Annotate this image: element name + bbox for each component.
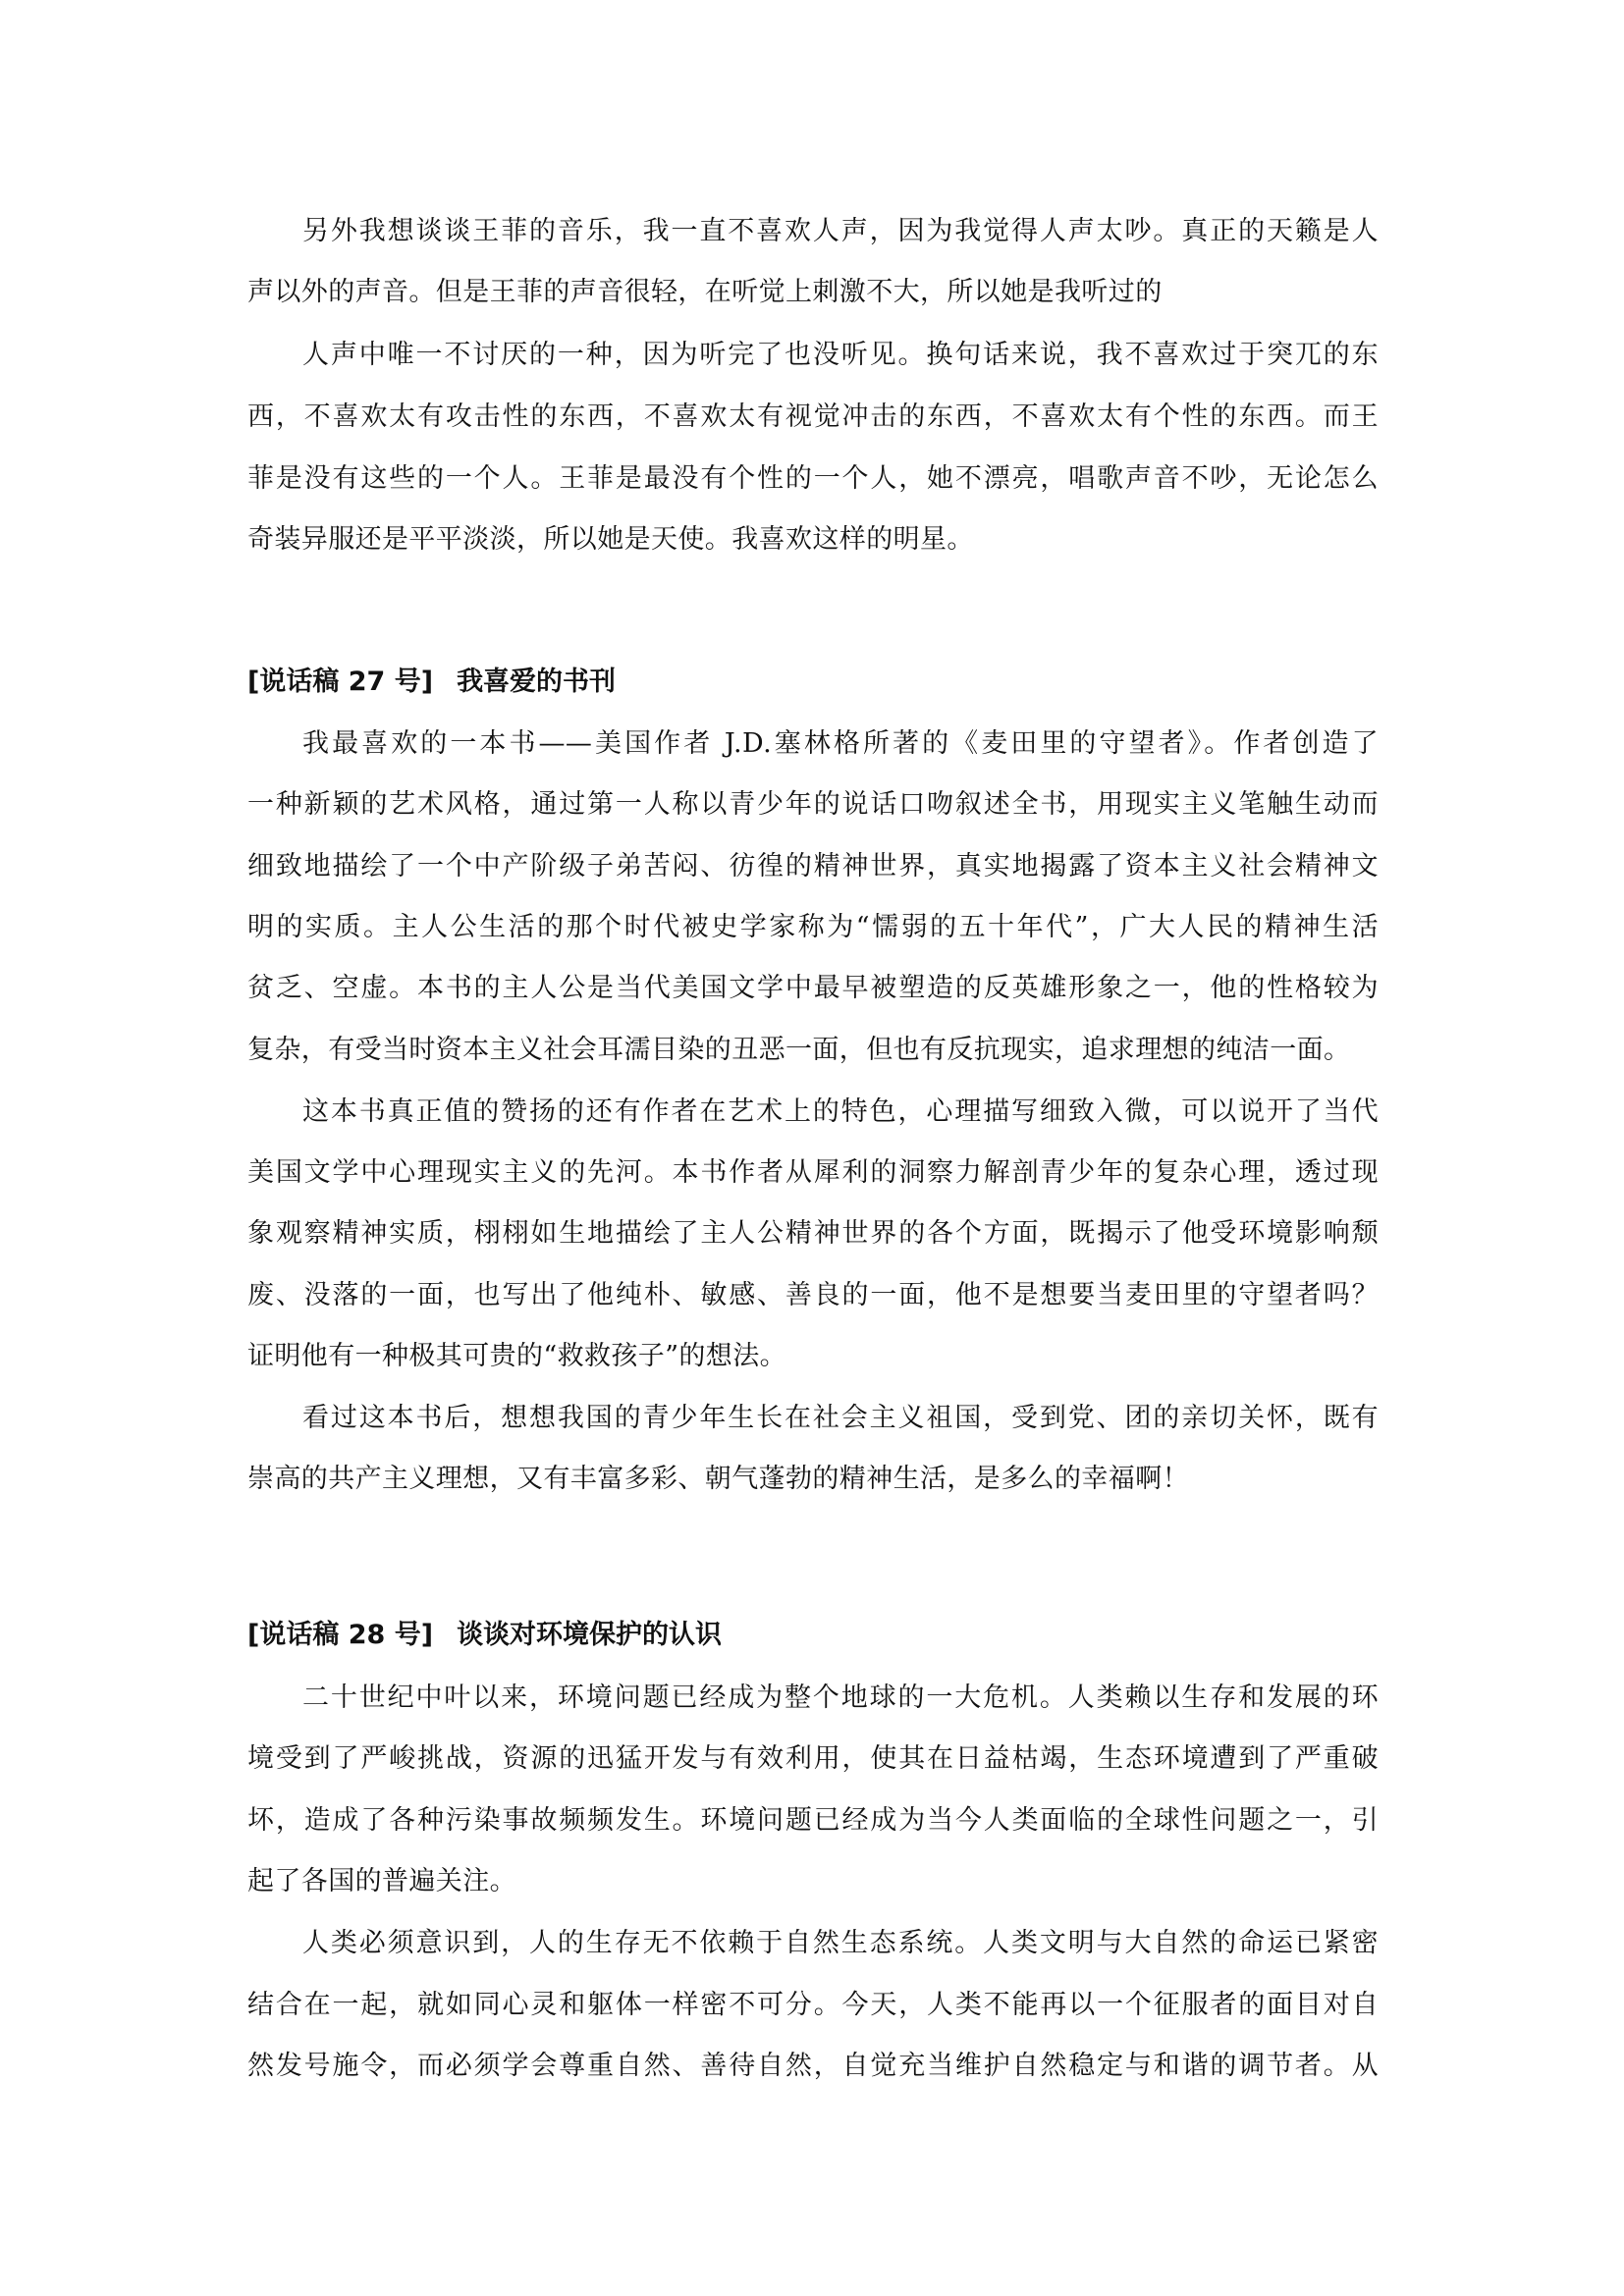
- text-line: 人声中唯一不讨厌的一种，因为听完了也没听见。换句话来说，我不喜欢过于突兀的东: [302, 336, 1379, 375]
- text-line: 明的实质。主人公生活的那个时代被史学家称为“懦弱的五十年代”，广大人民的精神生活: [247, 908, 1379, 947]
- heading-title: 谈谈对环境保护的认识: [457, 1620, 722, 1650]
- text-line: 细致地描绘了一个中产阶级子弟苦闷、彷徨的精神世界，真实地揭露了资本主义社会精神文: [247, 847, 1379, 886]
- text-line: 废、没落的一面，也写出了他纯朴、敏感、善良的一面，他不是想要当麦田里的守望者吗？: [247, 1276, 1379, 1315]
- text-line: 结合在一起，就如同心灵和躯体一样密不可分。今天，人类不能再以一个征服者的面目对自: [247, 1986, 1379, 2025]
- text-line: 美国文学中心理现实主义的先河。本书作者从犀利的洞察力解剖青少年的复杂心理，透过现: [247, 1153, 1379, 1193]
- heading-label: [说话稿 27 号]: [247, 667, 433, 697]
- text-line: 贫乏、空虚。本书的主人公是当代美国文学中最早被塑造的反英雄形象之一，他的性格较为: [247, 969, 1379, 1008]
- section-heading: [说话稿 27 号]我喜爱的书刊: [247, 663, 616, 702]
- heading-title: 我喜爱的书刊: [457, 667, 616, 697]
- text-line: 看过这本书后，想想我国的青少年生长在社会主义祖国，受到党、团的亲切关怀，既有: [302, 1399, 1379, 1438]
- text-line: 声以外的声音。但是王菲的声音很轻，在听觉上刺激不大，所以她是我听过的: [247, 273, 1379, 312]
- text-line: 证明他有一种极其可贵的“救救孩子”的想法。: [247, 1337, 1379, 1376]
- text-line: 坏，造成了各种污染事故频频发生。环境问题已经成为当今人类面临的全球性问题之一，引: [247, 1801, 1379, 1841]
- text-line: 起了各国的普遍关注。: [247, 1862, 1379, 1901]
- text-line: 然发号施令，而必须学会尊重自然、善待自然，自觉充当维护自然稳定与和谐的调节者。从: [247, 2047, 1379, 2086]
- text-line: 我最喜欢的一本书——美国作者 J.D.塞林格所著的《麦田里的守望者》。作者创造了: [302, 724, 1379, 764]
- text-line: 一种新颖的艺术风格，通过第一人称以青少年的说话口吻叙述全书，用现实主义笔触生动而: [247, 785, 1379, 825]
- text-line: 境受到了严峻挑战，资源的迅猛开发与有效利用，使其在日益枯竭，生态环境遭到了严重破: [247, 1739, 1379, 1779]
- heading-label: [说话稿 28 号]: [247, 1620, 433, 1650]
- text-line: 西，不喜欢太有攻击性的东西，不喜欢太有视觉冲击的东西，不喜欢太有个性的东西。而王: [247, 398, 1379, 437]
- text-line: 复杂，有受当时资本主义社会耳濡目染的丑恶一面，但也有反抗现实，追求理想的纯洁一面…: [247, 1031, 1379, 1070]
- document-page: 另外我想谈谈王菲的音乐，我一直不喜欢人声，因为我觉得人声太吵。真正的天籁是人 声…: [0, 0, 1624, 2296]
- text-line: 另外我想谈谈王菲的音乐，我一直不喜欢人声，因为我觉得人声太吵。真正的天籁是人: [302, 212, 1379, 251]
- text-line: 二十世纪中叶以来，环境问题已经成为整个地球的一大危机。人类赖以生存和发展的环: [302, 1679, 1379, 1718]
- text-line: 崇高的共产主义理想，又有丰富多彩、朝气蓬勃的精神生活，是多么的幸福啊！: [247, 1460, 1379, 1499]
- text-line: 菲是没有这些的一个人。王菲是最没有个性的一个人，她不漂亮，唱歌声音不吵，无论怎么: [247, 459, 1379, 499]
- section-heading: [说话稿 28 号]谈谈对环境保护的认识: [247, 1616, 722, 1655]
- text-line: 这本书真正值的赞扬的还有作者在艺术上的特色，心理描写细致入微，可以说开了当代: [302, 1093, 1379, 1132]
- text-line: 象观察精神实质，栩栩如生地描绘了主人公精神世界的各个方面，既揭示了他受环境影响颓: [247, 1214, 1379, 1254]
- text-line: 人类必须意识到，人的生存无不依赖于自然生态系统。人类文明与大自然的命运已紧密: [302, 1924, 1379, 1963]
- text-line: 奇装异服还是平平淡淡，所以她是天使。我喜欢这样的明星。: [247, 520, 1379, 560]
